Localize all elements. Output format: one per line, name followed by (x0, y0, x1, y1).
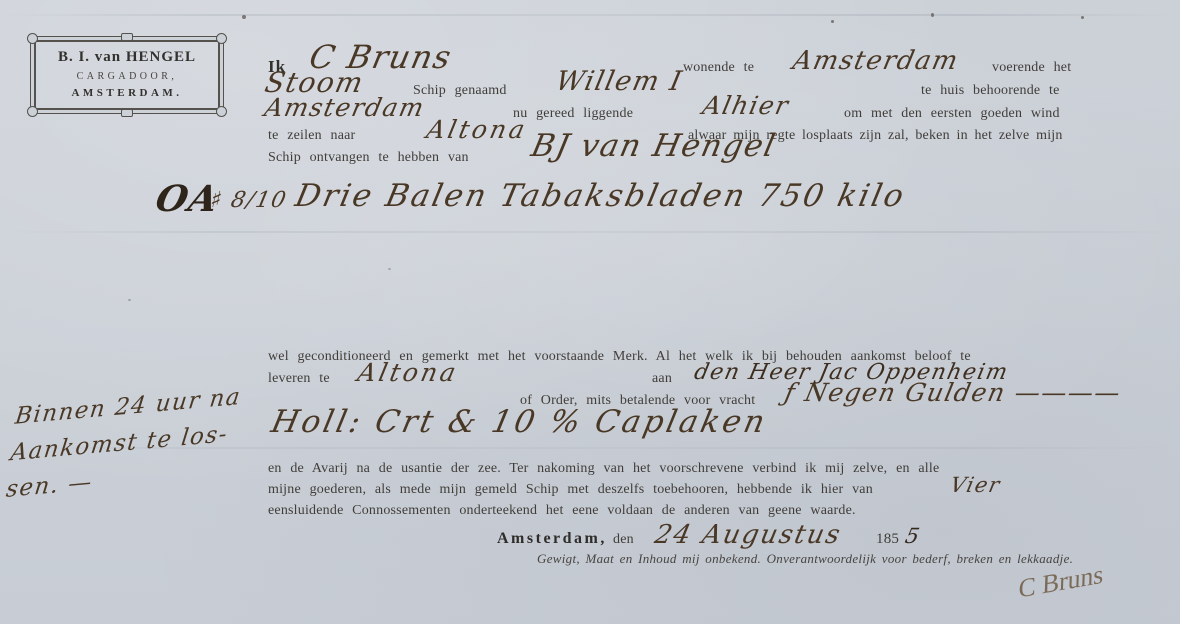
handwritten-lying-place: Alhier (700, 91, 792, 120)
handwritten-destination: Altona (424, 115, 530, 144)
printed-dateline-den: den (613, 532, 634, 548)
printed-avarij-line: en de Avarij na de usantie der zee. Ter … (268, 461, 939, 477)
stamp-role: CARGADOOR, (31, 71, 223, 82)
handwritten-shipper-name: BJ van Hengel (528, 128, 779, 164)
handwritten-cargo-description: Drie Balen Tabaksbladen 750 kilo (292, 178, 909, 214)
paper-speck (831, 20, 834, 23)
printed-ontvangen-van: Schip ontvangen te hebben van (268, 150, 469, 166)
paper-speck (931, 13, 934, 17)
printed-eersten-goeden-wind: om met den eersten goeden wind (844, 106, 1060, 122)
printed-voerende-het: voerende het (992, 60, 1071, 76)
stamp-corner-ornament (27, 106, 38, 117)
printed-leveren-te: leveren te (268, 371, 330, 387)
handwritten-copies-count: Vier (948, 473, 1003, 497)
paper-speck (128, 299, 131, 301)
fold-crease (0, 14, 1180, 16)
handwritten-currency-caplaken: Holl: Crt & 10 % Caplaken (268, 404, 771, 440)
printed-aan: aan (652, 371, 672, 387)
stamp-city: AMSTERDAM. (31, 87, 223, 99)
handwritten-date: 24 Augustus (652, 520, 845, 550)
printed-dateline-city: Amsterdam, (497, 530, 607, 548)
printed-year: 185 (876, 531, 899, 548)
stamp-corner-ornament (216, 33, 227, 44)
handwritten-margin-note: Binnen 24 uur na Aankomst te los- sen. — (4, 374, 296, 508)
printed-te-huis-behoorende: te huis behoorende te (921, 83, 1060, 99)
paper-speck (242, 15, 246, 19)
bill-of-lading-document: B. I. van HENGEL CARGADOOR, AMSTERDAM. I… (0, 0, 1180, 624)
stamp-edge-ornament (121, 109, 133, 117)
cargadoor-stamp: B. I. van HENGEL CARGADOOR, AMSTERDAM. (30, 36, 224, 114)
paper-speck (1081, 16, 1084, 19)
fold-crease (0, 231, 1180, 233)
handwritten-home-port: Amsterdam (262, 93, 428, 122)
handwritten-residence: Amsterdam (790, 46, 962, 76)
stamp-name: B. I. van HENGEL (31, 49, 223, 66)
handwritten-year-digit: 5 (903, 524, 923, 548)
handwritten-delivery-place: Altona (355, 358, 461, 387)
handwritten-ship-name: Willem I (553, 66, 686, 97)
printed-disclaimer: Gewigt, Maat en Inhoud mij onbekend. Onv… (537, 551, 1073, 567)
printed-goederen-line: mijne goederen, als mede mijn gemeld Sch… (268, 482, 873, 498)
printed-connossementen-line: eensluidende Connossementen onderteekend… (268, 503, 856, 519)
stamp-corner-ornament (27, 33, 38, 44)
paper-speck (388, 268, 391, 270)
stamp-corner-ornament (216, 106, 227, 117)
printed-te-zeilen-naar: te zeilen naar (268, 128, 355, 144)
stamp-edge-ornament (121, 33, 133, 41)
printed-nu-gereed-liggende: nu gereed liggende (513, 106, 633, 122)
printed-wonende-te: wonende te (683, 60, 754, 76)
handwritten-freight-amount: ƒ Negen Gulden ———— (782, 378, 1124, 407)
handwritten-cargo-mark-number: ♯ 8/10 (208, 188, 289, 213)
